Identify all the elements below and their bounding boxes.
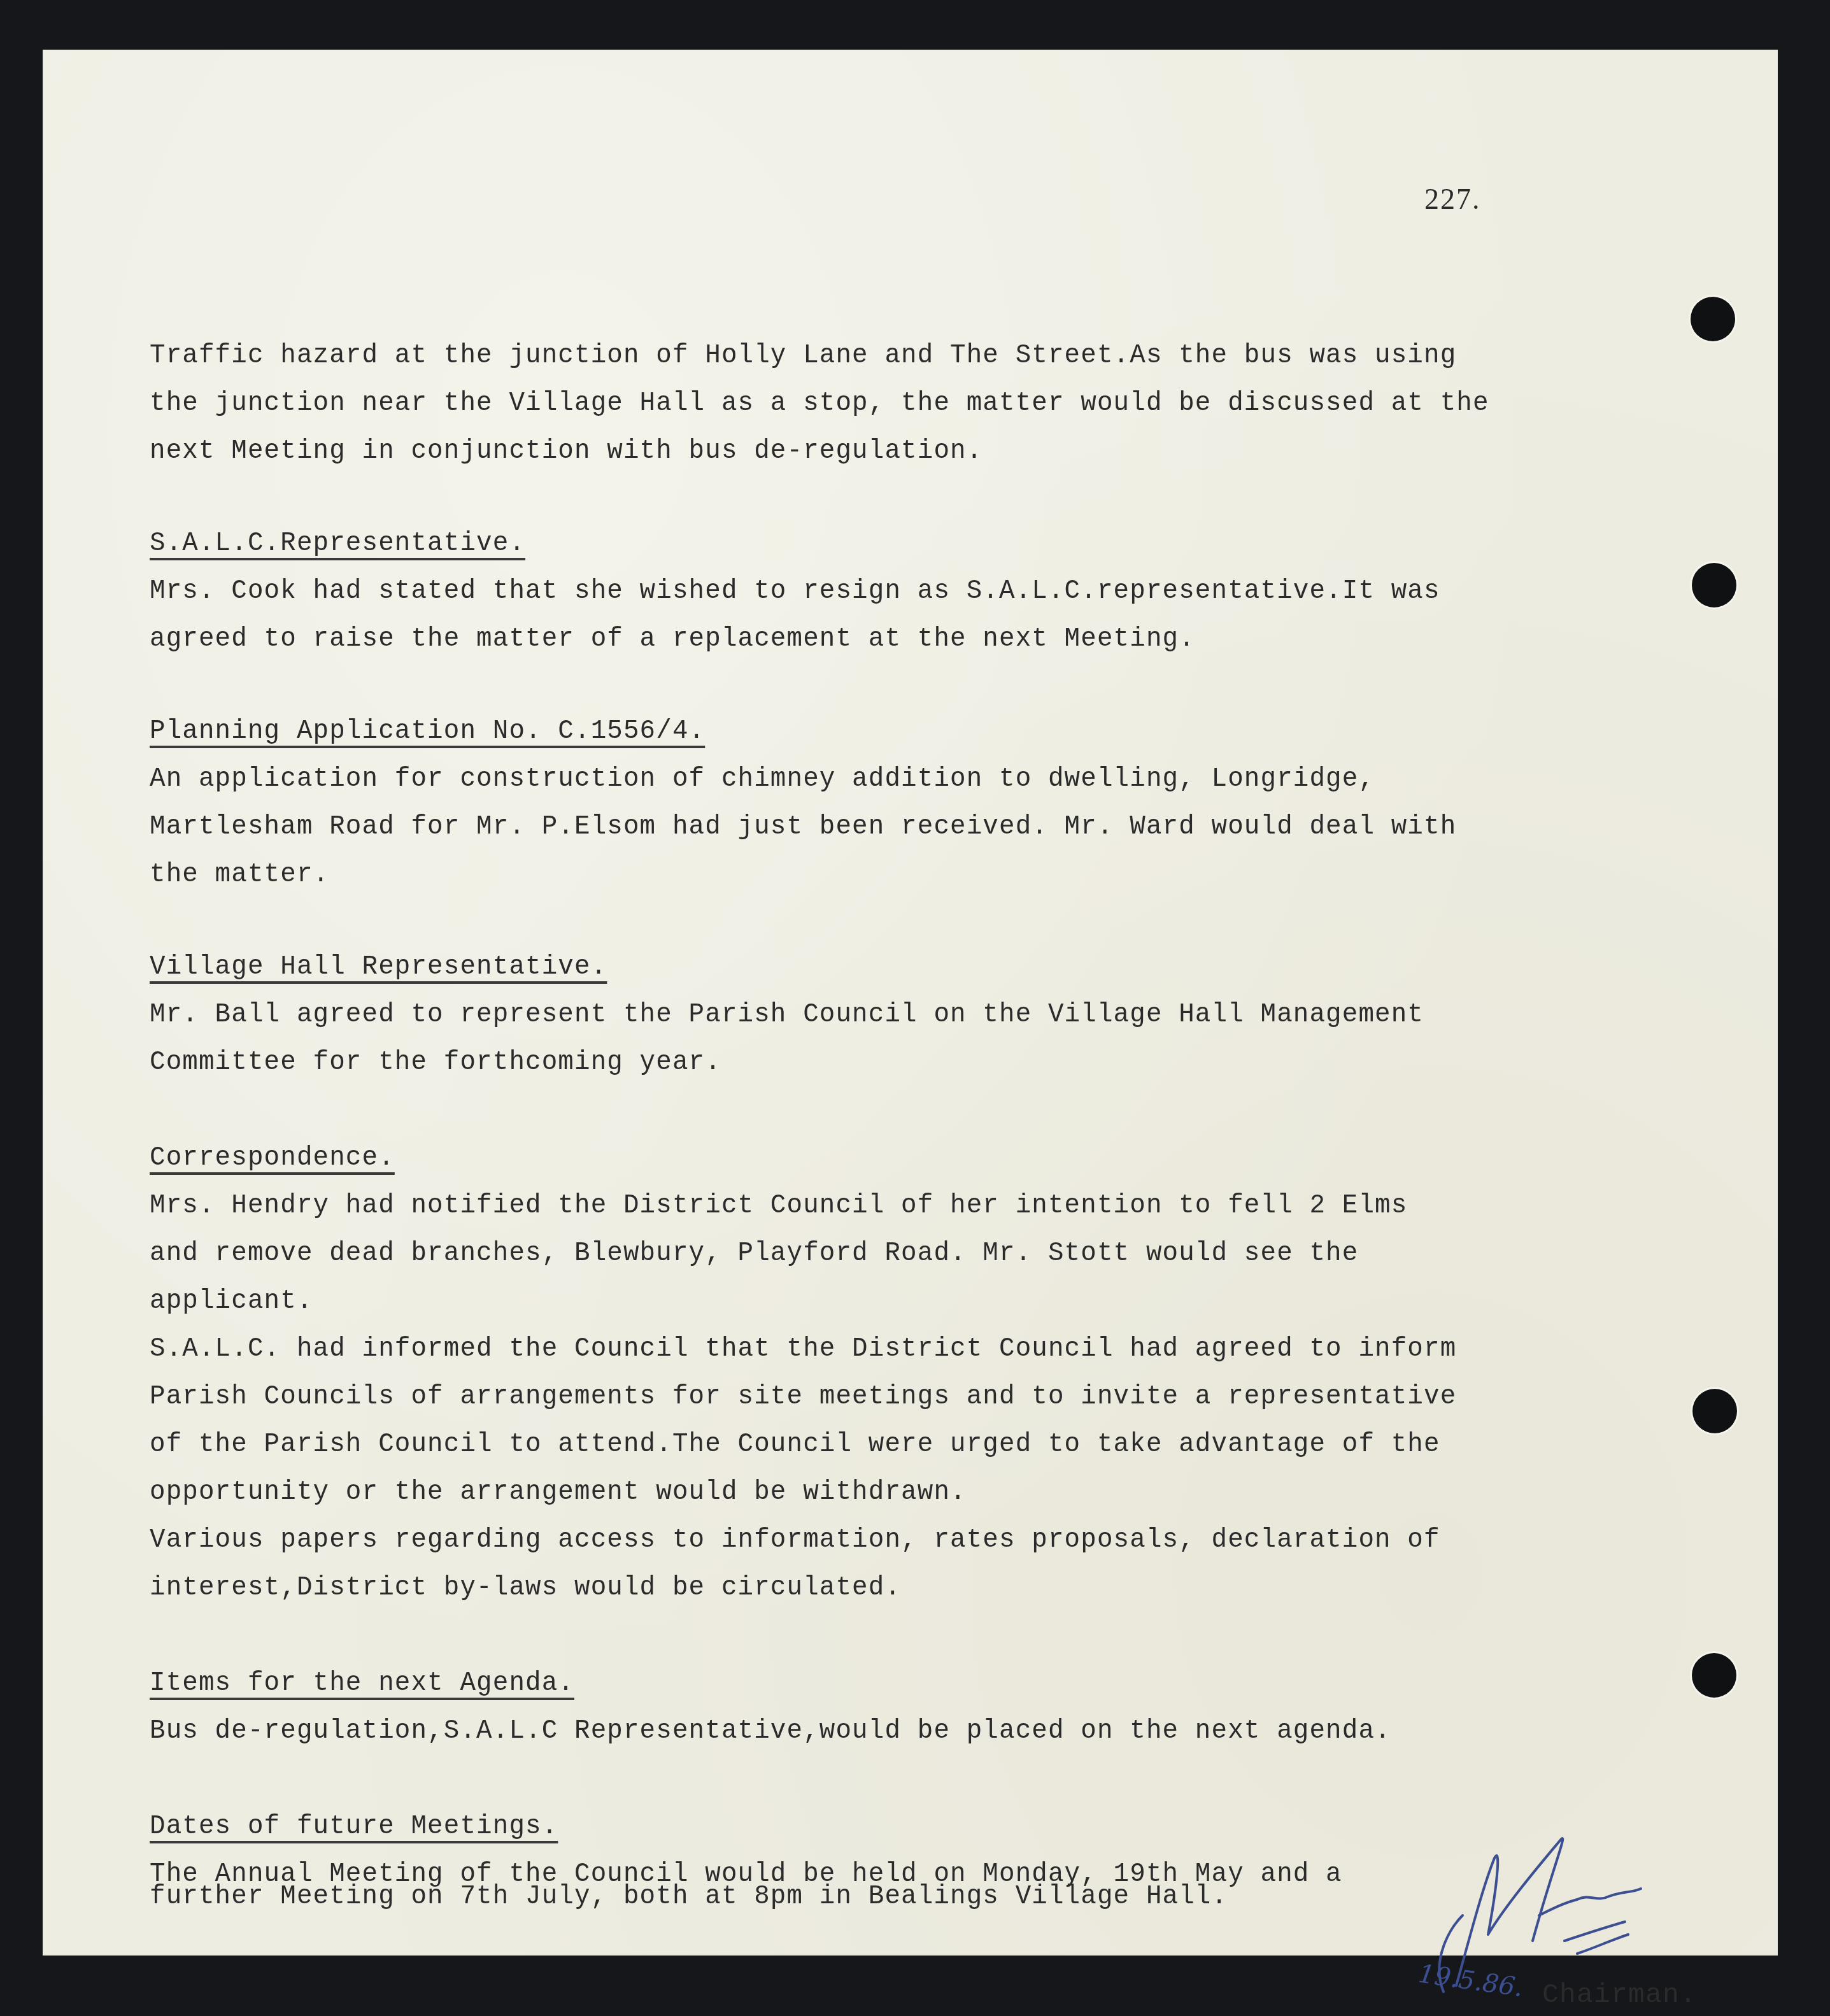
body-line: Various papers regarding access to infor…	[150, 1524, 1440, 1556]
punch-hole-2	[1692, 563, 1736, 607]
punch-hole-4	[1692, 1653, 1736, 1698]
section-heading: Correspondence.	[150, 1142, 395, 1174]
body-line: of the Parish Council to attend.The Coun…	[150, 1428, 1440, 1460]
body-line: Mrs. Cook had stated that she wished to …	[150, 575, 1440, 607]
punch-hole-3	[1692, 1389, 1737, 1433]
body-line: further Meeting on 7th July, both at 8pm…	[150, 1884, 1228, 1909]
page-number: 227.	[1424, 182, 1481, 216]
body-line: and remove dead branches, Blewbury, Play…	[150, 1237, 1358, 1269]
section-heading: S.A.L.C.Representative.	[150, 527, 525, 559]
body-line: the matter.	[150, 858, 329, 890]
body-line: Mr. Ball agreed to represent the Parish …	[150, 998, 1424, 1030]
body-line: Parish Councils of arrangements for site…	[150, 1381, 1456, 1412]
section-heading: Items for the next Agenda.	[150, 1667, 574, 1699]
section-heading: Planning Application No. C.1556/4.	[150, 715, 705, 747]
section-heading: Dates of future Meetings.	[150, 1810, 558, 1842]
body-line: the junction near the Village Hall as a …	[150, 387, 1489, 419]
body-line: Bus de-regulation,S.A.L.C Representative…	[150, 1715, 1391, 1747]
section-heading: Village Hall Representative.	[150, 951, 607, 983]
body-line: next Meeting in conjunction with bus de-…	[150, 435, 982, 467]
chairman-label: Chairman.	[1542, 1979, 1697, 2010]
punch-hole-1	[1691, 297, 1735, 341]
body-line: agreed to raise the matter of a replacem…	[150, 623, 1195, 655]
body-line: An application for construction of chimn…	[150, 763, 1375, 795]
body-line: Traffic hazard at the junction of Holly …	[150, 339, 1456, 371]
document-page: 227. Traffic hazard at the junction of H…	[43, 50, 1778, 1956]
body-line: applicant.	[150, 1285, 313, 1317]
body-line: Committee for the forthcoming year.	[150, 1046, 721, 1078]
body-line: interest,District by-laws would be circu…	[150, 1572, 901, 1603]
body-line: S.A.L.C. had informed the Council that t…	[150, 1333, 1456, 1365]
body-line: Martlesham Road for Mr. P.Elsom had just…	[150, 811, 1456, 842]
body-line: opportunity or the arrangement would be …	[150, 1476, 967, 1508]
body-line: Mrs. Hendry had notified the District Co…	[150, 1189, 1407, 1221]
